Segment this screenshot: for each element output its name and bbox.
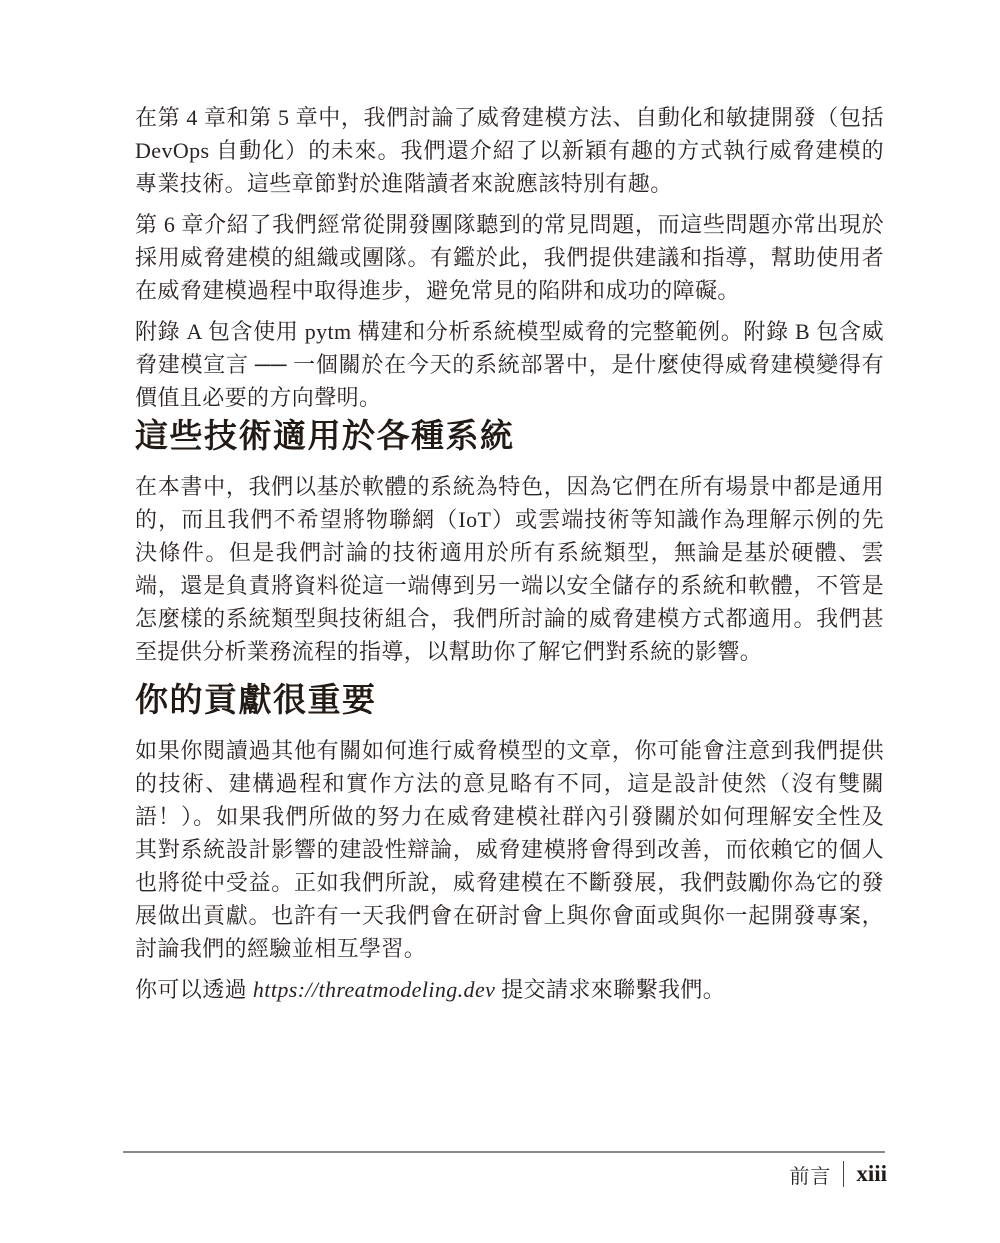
footer-separator bbox=[843, 1161, 844, 1187]
section-systems-paragraph: 在本書中，我們以基於軟體的系統為特色，因為它們在所有場景中都是通用的，而且我們不… bbox=[135, 470, 884, 668]
contact-paragraph: 你可以透過 https://threatmodeling.dev 提交請求來聯繫… bbox=[135, 973, 884, 1006]
footer-page-number: xiii bbox=[856, 1161, 887, 1187]
intro-paragraph-2: 第 6 章介紹了我們經常從開發團隊聽到的常見問題，而這些問題亦常出現於採用威脅建… bbox=[135, 208, 884, 307]
intro-paragraph-3: 附錄 A 包含使用 pytm 構建和分析系統模型威脅的完整範例。附錄 B 包含威… bbox=[135, 315, 884, 414]
contact-text-suffix: 提交請求來聯繫我們。 bbox=[495, 977, 725, 1002]
book-page: 在第 4 章和第 5 章中，我們討論了威脅建模方法、自動化和敏捷開發（包括 De… bbox=[0, 0, 1000, 1243]
page-content: 在第 4 章和第 5 章中，我們討論了威脅建模方法、自動化和敏捷開發（包括 De… bbox=[135, 101, 884, 1014]
footer-chapter-label: 前言 bbox=[789, 1160, 831, 1189]
page-footer: 前言 xiii bbox=[789, 1160, 887, 1188]
section-heading-systems: 這些技術適用於各種系統 bbox=[135, 416, 884, 456]
contact-url-link[interactable]: https://threatmodeling.dev bbox=[253, 977, 495, 1002]
section-contribution-paragraph: 如果你閱讀過其他有關如何進行威脅模型的文章，你可能會注意到我們提供的技術、建構過… bbox=[135, 734, 884, 965]
contact-text-prefix: 你可以透過 bbox=[135, 977, 253, 1002]
section-heading-contribution: 你的貢獻很重要 bbox=[135, 680, 884, 720]
intro-paragraph-1: 在第 4 章和第 5 章中，我們討論了威脅建模方法、自動化和敏捷開發（包括 De… bbox=[135, 101, 884, 200]
footer-divider bbox=[123, 1151, 885, 1153]
